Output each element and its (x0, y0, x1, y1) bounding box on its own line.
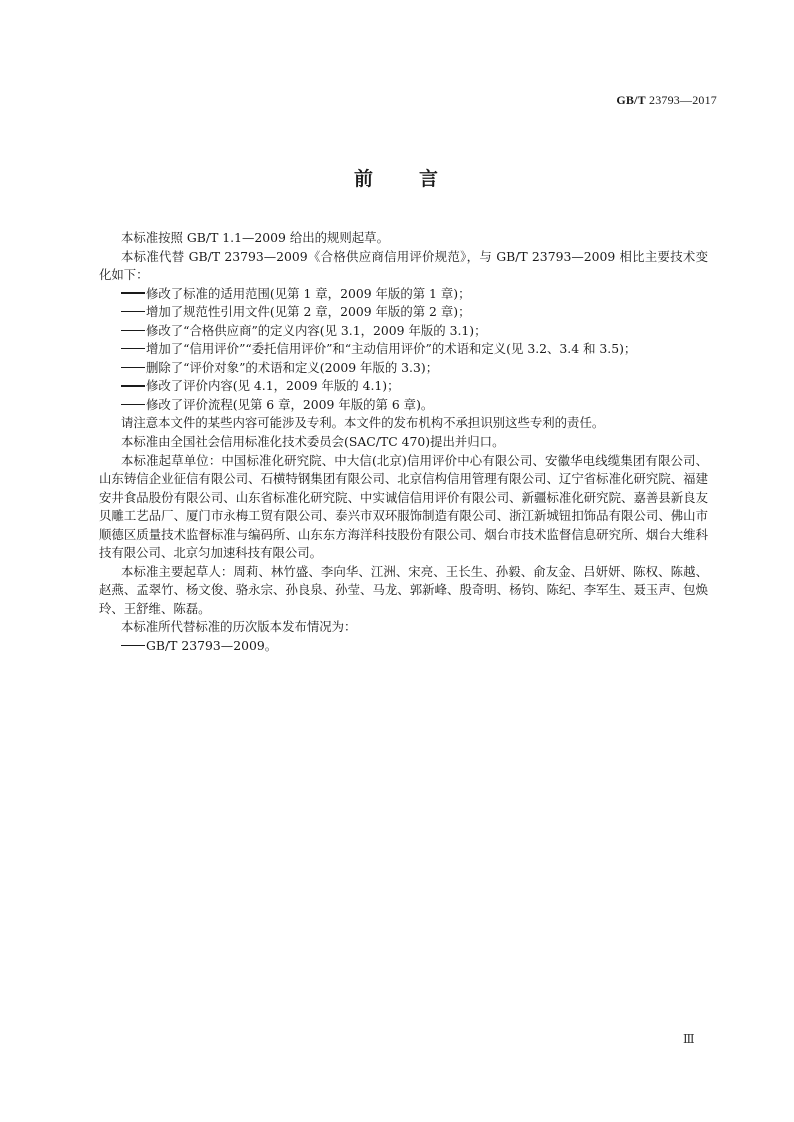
title-char-2: 言 (419, 168, 440, 190)
changes-list: 修改了标准的适用范围(见第 1 章，2009 年版的第 1 章)； 增加了规范性… (99, 285, 708, 415)
dash-bullet-icon (121, 292, 145, 293)
change-item: 修改了评价内容(见 4.1，2009 年版的 4.1)； (99, 377, 708, 396)
history-item: GB/T 23793—2009。 (99, 637, 708, 656)
change-item: 删除了“评价对象”的术语和定义(2009 年版的 3.3)； (99, 359, 708, 378)
paragraph-patent-notice: 请注意本文件的某些内容可能涉及专利。本文件的发布机构不承担识别这些专利的责任。 (99, 414, 708, 433)
page-number: Ⅲ (683, 1032, 695, 1047)
standard-number: 23793—2017 (649, 93, 717, 107)
foreword-body: 本标准按照 GB/T 1.1—2009 给出的规则起草。 本标准代替 GB/T … (99, 229, 708, 656)
paragraph-committee: 本标准由全国社会信用标准化技术委员会(SAC/TC 470)提出并归口。 (99, 433, 708, 452)
paragraph-drafters: 本标准主要起草人：周莉、林竹盛、李向华、江洲、宋亮、王长生、孙毅、俞友金、吕妍妍… (99, 563, 708, 619)
dash-bullet-icon (121, 330, 145, 331)
dash-bullet-icon (121, 404, 145, 405)
paragraph-drafting-rules: 本标准按照 GB/T 1.1—2009 给出的规则起草。 (99, 229, 708, 248)
paragraph-history-intro: 本标准所代替标准的历次版本发布情况为： (99, 618, 708, 637)
standard-code-header: GB/T 23793—2017 (616, 93, 717, 108)
change-item: 修改了标准的适用范围(见第 1 章，2009 年版的第 1 章)； (99, 285, 708, 304)
change-item: 增加了规范性引用文件(见第 2 章，2009 年版的第 2 章)； (99, 303, 708, 322)
dash-bullet-icon (121, 367, 145, 368)
title-char-1: 前 (354, 168, 375, 190)
dash-bullet-icon (121, 348, 145, 349)
change-item: 增加了“信用评价”“委托信用评价”和“主动信用评价”的术语和定义(见 3.2、3… (99, 340, 708, 359)
dash-bullet-icon (121, 385, 145, 386)
dash-bullet-icon (121, 645, 145, 646)
dash-bullet-icon (121, 311, 145, 312)
paragraph-drafting-units: 本标准起草单位：中国标准化研究院、中大信(北京)信用评价中心有限公司、安徽华电线… (99, 452, 708, 563)
change-item: 修改了“合格供应商”的定义内容(见 3.1，2009 年版的 3.1)； (99, 322, 708, 341)
standard-prefix: GB/T (616, 93, 645, 107)
page-title: 前言 (0, 164, 794, 191)
change-item: 修改了评价流程(见第 6 章，2009 年版的第 6 章)。 (99, 396, 708, 415)
paragraph-replacement: 本标准代替 GB/T 23793—2009《合格供应商信用评价规范》，与 GB/… (99, 248, 708, 285)
